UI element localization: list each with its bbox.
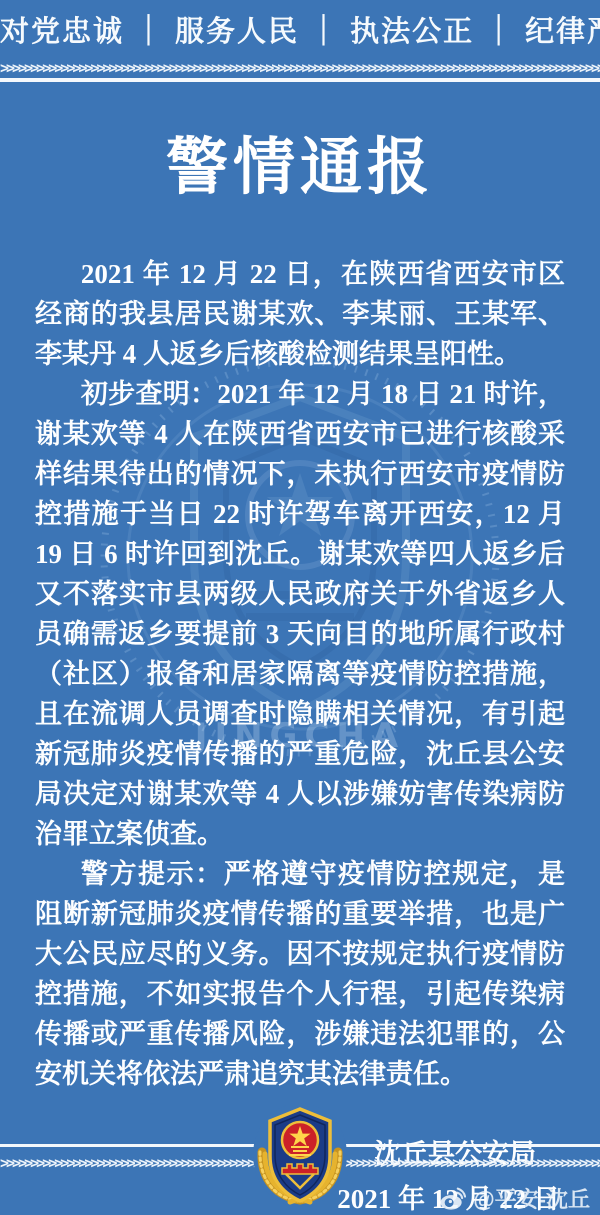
police-badge-icon	[250, 1102, 350, 1208]
chevron-divider-top-icon: >>>>>>>>>>>>>>>>>>>>>>>>>>>>>>>>>>>>>>>>…	[0, 62, 600, 75]
slogan-discipline: 纪律严明	[525, 16, 600, 48]
weibo-icon	[439, 1187, 466, 1211]
notice-body: 2021 年 12 月 22 日，在陕西省西安市区经商的我县居民谢某欢、李某丽、…	[35, 254, 565, 1094]
police-notice-poster: JINGCHA 对党忠诚｜服务人民｜执法公正｜纪律严明 >>>>>>>>>>>>…	[0, 0, 600, 1215]
slogan-separator: ｜	[484, 14, 515, 50]
paragraph-investigation: 初步查明：2021 年 12 月 18 日 21 时许，谢某欢等 4 人在陕西省…	[35, 374, 565, 854]
paragraph-police-reminder: 警方提示：严格遵守疫情防控规定，是阻断新冠肺炎疫情传播的重要举措，也是广大公民应…	[35, 854, 565, 1094]
page-title: 警情通报	[0, 132, 600, 202]
slogan-fairness: 执法公正	[350, 16, 474, 48]
weibo-handle: @平安-沈丘	[473, 1183, 590, 1214]
paragraph-case-report: 2021 年 12 月 22 日，在陕西省西安市区经商的我县居民谢某欢、李某丽、…	[35, 254, 565, 374]
slogan-serve: 服务人民	[175, 16, 299, 48]
header-slogan-bar: 对党忠诚｜服务人民｜执法公正｜纪律严明	[0, 0, 600, 49]
slogan-separator: ｜	[134, 14, 165, 50]
weibo-watermark: @平安-沈丘	[439, 1183, 590, 1214]
slogan-separator: ｜	[309, 14, 340, 50]
divider-line-top	[0, 78, 600, 82]
slogan-loyalty: 对党忠诚	[0, 16, 124, 48]
